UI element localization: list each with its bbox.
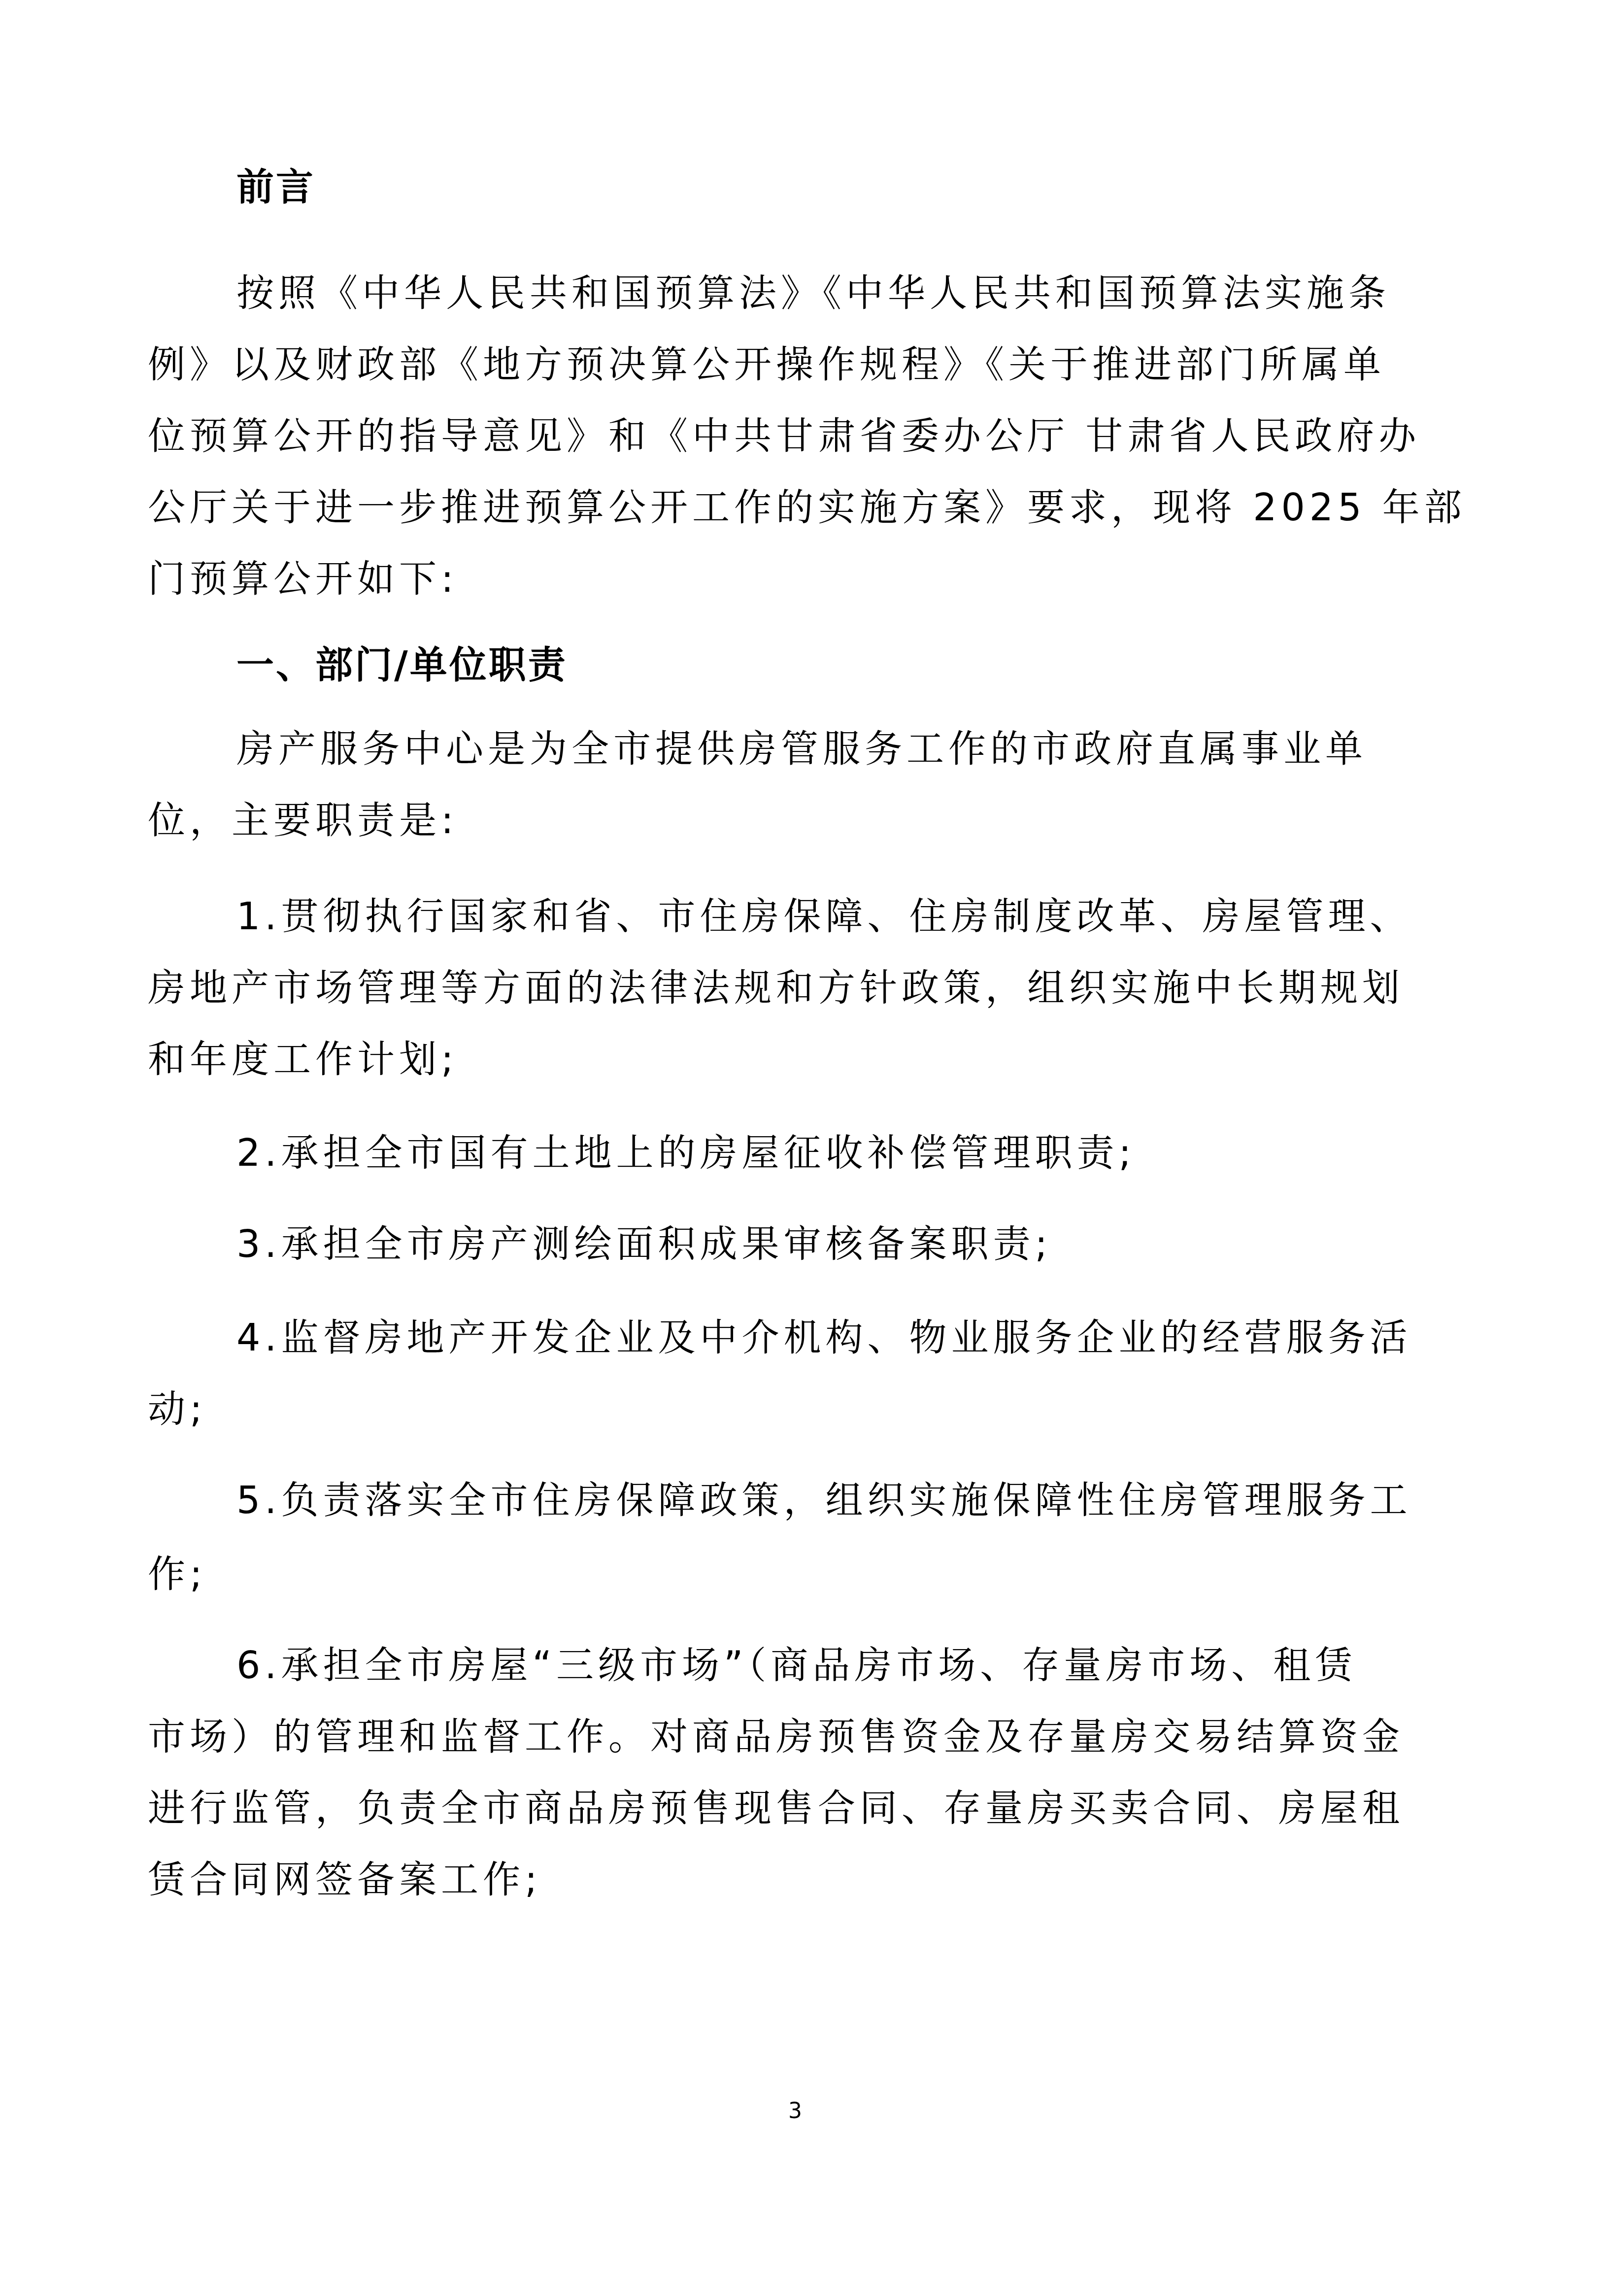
preface-line: 门预算公开如下: <box>148 554 458 604</box>
preface-line: 例》以及财政部《地方预决算公开操作规程》《关于推进部门所属单 <box>148 340 1385 389</box>
duty-item-5-line: 5.负责落实全市住房保障政策，组织实施保障性住房管理服务工 <box>236 1476 1412 1525</box>
preface-line: 公厅关于进一步推进预算公开工作的实施方案》要求，现将 2025 年部 <box>148 483 1466 532</box>
preface-line: 按照《中华人民共和国预算法》《中华人民共和国预算法实施条 <box>236 269 1390 318</box>
duty-item-5-line: 作; <box>148 1550 207 1599</box>
duty-item-2-line: 2.承担全市国有土地上的房屋征收补偿管理职责; <box>236 1128 1136 1178</box>
preface-title: 前言 <box>236 163 315 212</box>
page-number: 3 <box>788 2096 802 2126</box>
duty-item-1-line: 和年度工作计划; <box>148 1035 458 1084</box>
duty-item-6-line: 进行监管，负责全市商品房预售现售合同、存量房买卖合同、房屋租 <box>148 1784 1404 1833</box>
duty-item-6-line: 6.承担全市房屋“三级市场”（商品房市场、存量房市场、租赁 <box>236 1641 1357 1690</box>
preface-line: 位预算公开的指导意见》和《中共甘肃省委办公厅 甘肃省人民政府办 <box>148 411 1420 461</box>
duty-item-1-line: 1.贯彻执行国家和省、市住房保障、住房制度改革、房屋管理、 <box>236 892 1412 941</box>
duty-item-1-line: 房地产市场管理等方面的法律法规和方针政策，组织实施中长期规划 <box>148 963 1404 1013</box>
intro-line: 房产服务中心是为全市提供房管服务工作的市政府直属事业单 <box>236 724 1367 774</box>
section-title-duties: 一、部门/单位职责 <box>236 641 568 690</box>
duty-item-6-line: 市场）的管理和监督工作。对商品房预售资金及存量房交易结算资金 <box>148 1712 1404 1761</box>
intro-line: 位，主要职责是: <box>148 796 458 845</box>
document-page: 前言 按照《中华人民共和国预算法》《中华人民共和国预算法实施条 例》以及财政部《… <box>0 0 1611 2296</box>
duty-item-6-line: 赁合同网签备案工作; <box>148 1855 542 1904</box>
duty-item-4-line: 4.监督房地产开发企业及中介机构、物业服务企业的经营服务活 <box>236 1313 1412 1362</box>
duty-item-4-line: 动; <box>148 1384 207 1434</box>
duty-item-3-line: 3.承担全市房产测绘面积成果审核备案职责; <box>236 1219 1052 1269</box>
